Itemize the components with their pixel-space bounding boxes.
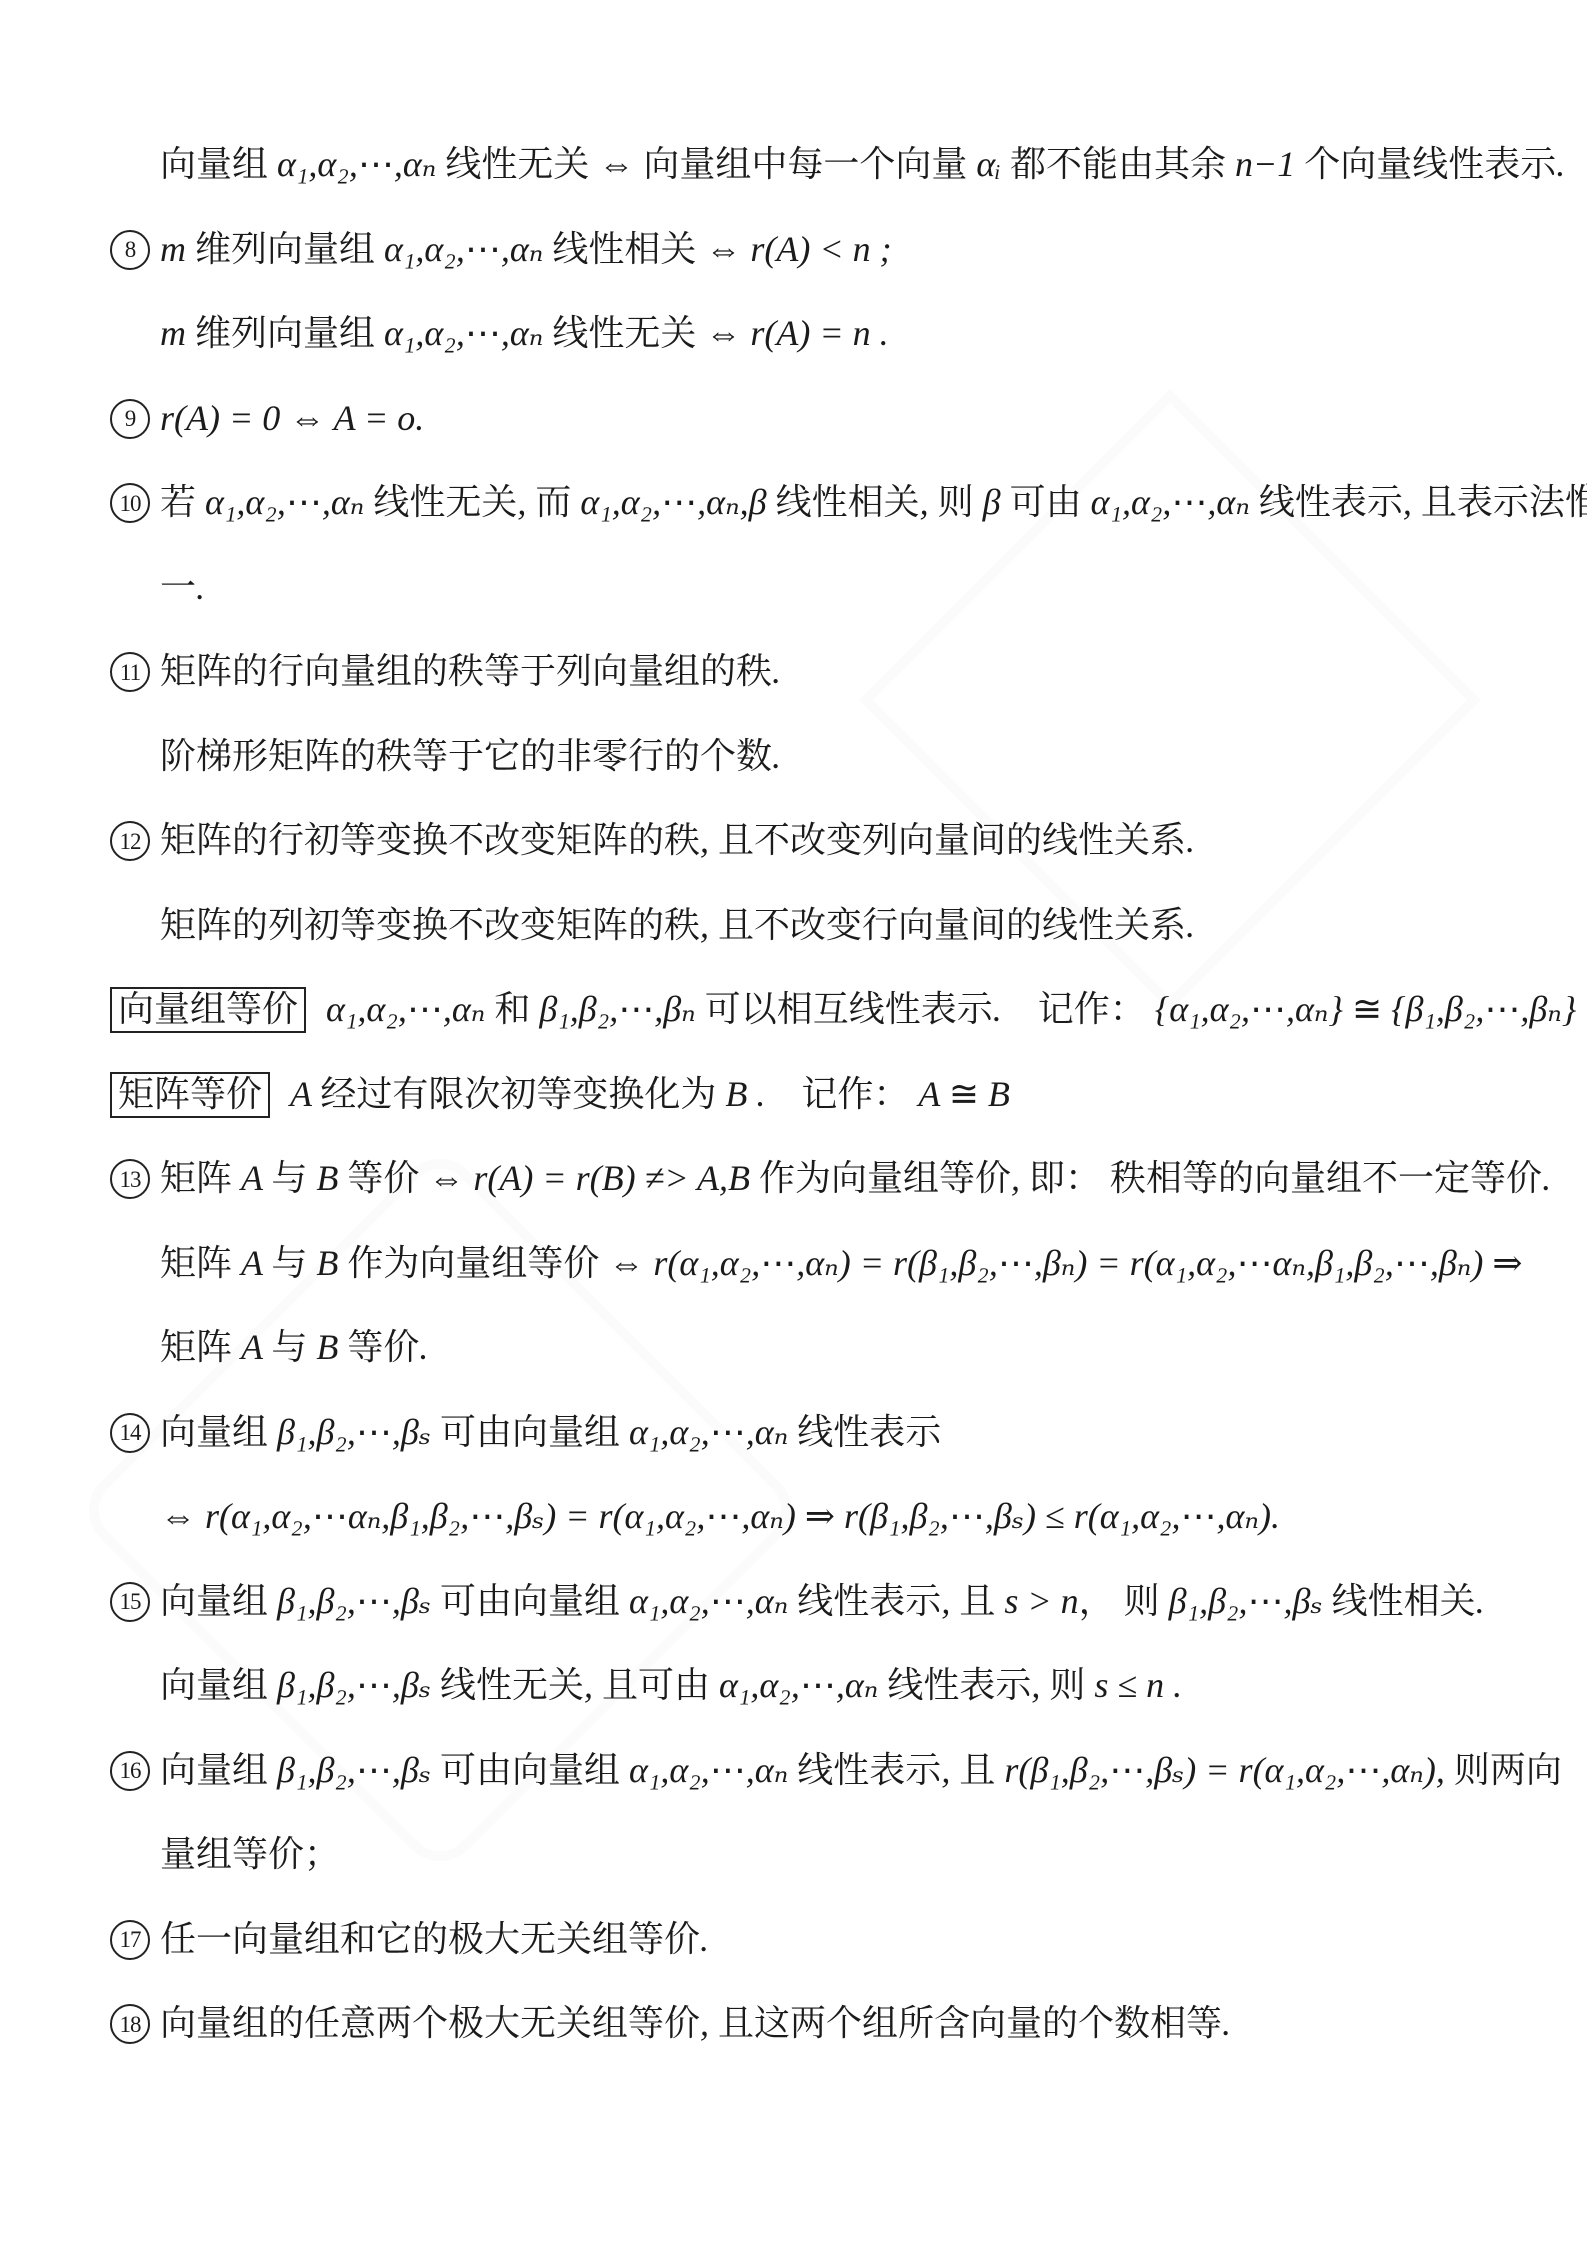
- statement-line: 9r(A) = 0 ⇔ A = o.: [160, 377, 1547, 462]
- circled-number: 16: [110, 1751, 150, 1791]
- cjk-text-run: 矩阵的行向量组的秩等于列向量组的秩: [160, 651, 772, 691]
- math-text-run: β: [983, 482, 1010, 522]
- cjk-text-run: 线性相关: [1332, 1581, 1476, 1621]
- math-text-run: A ≅ B: [918, 1074, 1010, 1114]
- statement-line: 矩阵 A 与 B 等价.: [160, 1306, 1547, 1391]
- statement-text: α₁,α₂,⋯,αₙ 和 β₁,β₂,⋯,βₙ 可以相互线性表示. 记作： {α…: [326, 990, 1576, 1030]
- statement-line: 8m 维列向量组 α₁,α₂,⋯,αₙ 线性相关 ⇔ r(A) < n ;: [160, 208, 1547, 293]
- math-text-run: B: [316, 1243, 347, 1283]
- math-text-run: A: [241, 1158, 271, 1198]
- math-text-run: α₁,α₂,⋯,αₙ: [719, 1665, 887, 1705]
- math-text-run: β₁,β₂,⋯,βₙ: [539, 989, 704, 1029]
- cjk-text-run: 线性无关: [552, 313, 705, 353]
- boxed-term-label: 向量组等价: [110, 987, 306, 1033]
- circled-number: 17: [110, 1920, 150, 1960]
- cjk-text-run: 与: [271, 1327, 316, 1367]
- circled-number: 15: [110, 1582, 150, 1622]
- cjk-text-run: 线性无关: [373, 482, 517, 522]
- math-text-run: .: [1476, 1581, 1485, 1621]
- statement-text: 若 α₁,α₂,⋯,αₙ 线性无关, 而 α₁,α₂,⋯,αₙ,β 线性相关, …: [160, 483, 1587, 523]
- boxed-term-label: 矩阵等价: [110, 1072, 270, 1118]
- cjk-text-run: 可以相互线性表示: [705, 989, 993, 1029]
- circled-number: 11: [110, 652, 150, 692]
- circled-number: 9: [110, 399, 150, 439]
- math-text-run: ⇔ r(A) = r(B) ≠> A,B: [428, 1158, 759, 1198]
- statement-line: 向量组 β₁,β₂,⋯,βₛ 线性无关, 且可由 α₁,α₂,⋯,αₙ 线性表示…: [160, 1644, 1547, 1729]
- cjk-text-run: 矩阵: [160, 1327, 241, 1367]
- cjk-text-run: 个向量线性表示: [1304, 144, 1556, 184]
- statement-line: 14向量组 β₁,β₂,⋯,βₛ 可由向量组 α₁,α₂,⋯,αₙ 线性表示: [160, 1391, 1547, 1476]
- cjk-text-run: 矩阵: [160, 1243, 241, 1283]
- cjk-text-run: 矩阵的行初等变换不改变矩阵的秩: [160, 820, 700, 860]
- cjk-text-run: 向量组: [160, 1412, 277, 1452]
- statement-line: 16向量组 β₁,β₂,⋯,βₛ 可由向量组 α₁,α₂,⋯,αₙ 线性表示, …: [160, 1729, 1547, 1814]
- cjk-text-run: 向量组: [160, 1665, 277, 1705]
- statement-text: 向量组的任意两个极大无关组等价, 且这两个组所含向量的个数相等.: [160, 2004, 1231, 2044]
- statement-line: 量组等价；: [160, 1813, 1547, 1898]
- math-text-run: n−1: [1235, 144, 1304, 184]
- cjk-text-run: 可由向量组: [440, 1750, 629, 1790]
- statement-text: ⇔ r(α₁,α₂,⋯αₙ,β₁,β₂,⋯,βₛ) = r(α₁,α₂,⋯,αₙ…: [160, 1497, 1280, 1537]
- statement-line: 阶梯形矩阵的秩等于它的非零行的个数.: [160, 715, 1547, 800]
- statement-text: 矩阵的行初等变换不改变矩阵的秩, 且不改变列向量间的线性关系.: [160, 821, 1195, 861]
- cjk-text-run: 且这两个组所含向量的个数相等: [718, 2003, 1222, 2043]
- cjk-text-run: 向量组: [160, 144, 277, 184]
- math-text-run: .: [1186, 820, 1195, 860]
- statement-line: 10若 α₁,α₂,⋯,αₙ 线性无关, 而 α₁,α₂,⋯,αₙ,β 线性相关…: [160, 461, 1547, 546]
- cjk-text-run: 即： 秩相等的向量组不一定等价: [1029, 1158, 1542, 1198]
- math-text-run: α₁,α₂,⋯,αₙ: [205, 482, 373, 522]
- statement-line: 13矩阵 A 与 B 等价 ⇔ r(A) = r(B) ≠> A,B 作为向量组…: [160, 1137, 1547, 1222]
- math-text-run: β₁,β₂,⋯,βₛ: [277, 1665, 440, 1705]
- cjk-text-run: 等价: [347, 1327, 419, 1367]
- statement-line: 矩阵的列初等变换不改变矩阵的秩, 且不改变行向量间的线性关系.: [160, 884, 1547, 969]
- math-text-run: r(A) = 0 ⇔ A = o.: [160, 398, 424, 438]
- math-text-run: ,: [584, 1665, 602, 1705]
- cjk-text-run: 等价: [347, 1158, 428, 1198]
- math-text-run: α₁,α₂,⋯,αₙ: [384, 229, 552, 269]
- cjk-text-run: 维列向量组: [195, 313, 384, 353]
- math-text-run: m: [160, 229, 195, 269]
- math-text-run: α₁,α₂,⋯,αₙ,β: [580, 482, 775, 522]
- statement-text: 矩阵 A 与 B 等价 ⇔ r(A) = r(B) ≠> A,B 作为向量组等价…: [160, 1159, 1551, 1199]
- math-text-run: A: [290, 1074, 320, 1114]
- math-text-run: .: [1186, 905, 1195, 945]
- cjk-text-run: 线性相关: [776, 482, 920, 522]
- statement-line: 12矩阵的行初等变换不改变矩阵的秩, 且不改变列向量间的线性关系.: [160, 799, 1547, 884]
- math-text-run: αᵢ: [976, 144, 1010, 184]
- math-text-run: A: [241, 1243, 271, 1283]
- statement-line: 一.: [160, 546, 1547, 631]
- math-text-run: ,: [941, 1750, 959, 1790]
- cjk-text-run: 且: [959, 1750, 1004, 1790]
- statement-text: 矩阵的行向量组的秩等于列向量组的秩.: [160, 652, 781, 692]
- math-text-run: ,: [1403, 482, 1421, 522]
- statement-text: 向量组 β₁,β₂,⋯,βₛ 可由向量组 α₁,α₂,⋯,αₙ 线性表示, 且 …: [160, 1582, 1485, 1622]
- math-text-run: m: [160, 313, 195, 353]
- cjk-text-run: 量组等价；: [160, 1834, 340, 1874]
- cjk-text-run: 可由: [1010, 482, 1091, 522]
- math-text-run: .: [196, 567, 205, 607]
- math-text-run: ⇔ r(A) < n ;: [705, 229, 891, 269]
- statement-text: m 维列向量组 α₁,α₂,⋯,αₙ 线性相关 ⇔ r(A) < n ;: [160, 230, 892, 270]
- cjk-text-run: 阶梯形矩阵的秩等于它的非零行的个数: [160, 736, 772, 776]
- math-text-run: α₁,α₂,⋯,αₙ: [326, 989, 494, 1029]
- circled-number: 12: [110, 821, 150, 861]
- statement-text: 任一向量组和它的极大无关组等价.: [160, 1920, 709, 1960]
- cjk-text-run: 线性相关: [552, 229, 705, 269]
- statement-line: 17任一向量组和它的极大无关组等价.: [160, 1898, 1547, 1983]
- cjk-text-run: 一: [160, 567, 196, 607]
- document-page: 向量组 α₁,α₂,⋯,αₙ 线性无关 ⇔ 向量组中每一个向量 αᵢ 都不能由其…: [0, 0, 1587, 2245]
- statement-line: 矩阵 A 与 B 作为向量组等价 ⇔ r(α₁,α₂,⋯,αₙ) = r(β₁,…: [160, 1222, 1547, 1307]
- math-text-run: ,: [1011, 1158, 1029, 1198]
- statement-text: 向量组 α₁,α₂,⋯,αₙ 线性无关 ⇔ 向量组中每一个向量 αᵢ 都不能由其…: [160, 145, 1565, 185]
- math-text-run: α₁,α₂,⋯,αₙ: [629, 1581, 797, 1621]
- cjk-text-run: 线性表示: [797, 1581, 941, 1621]
- math-text-run: B .: [725, 1074, 801, 1114]
- statement-text: 阶梯形矩阵的秩等于它的非零行的个数.: [160, 737, 781, 777]
- statement-line: 向量组等价α₁,α₂,⋯,αₙ 和 β₁,β₂,⋯,βₙ 可以相互线性表示. 记…: [160, 968, 1547, 1053]
- cjk-text-run: 可由向量组: [440, 1581, 629, 1621]
- math-text-run: ⇔: [598, 144, 643, 184]
- math-text-run: .: [1222, 2003, 1231, 2043]
- circled-number: 10: [110, 483, 150, 523]
- cjk-text-run: 且: [959, 1581, 1004, 1621]
- statement-text: 量组等价；: [160, 1835, 340, 1875]
- cjk-text-run: 线性表示: [797, 1412, 941, 1452]
- statement-line: 15向量组 β₁,β₂,⋯,βₛ 可由向量组 α₁,α₂,⋯,αₙ 线性表示, …: [160, 1560, 1547, 1645]
- cjk-text-run: 则两向: [1454, 1750, 1562, 1790]
- cjk-text-run: 向量组: [160, 1581, 277, 1621]
- math-text-run: ⇔ r(A) = n .: [705, 313, 888, 353]
- cjk-text-run: 任一向量组和它的极大无关组等价: [160, 1919, 700, 1959]
- math-text-run: ⇔ r(α₁,α₂,⋯,αₙ) = r(β₁,β₂,⋯,βₙ) = r(α₁,α…: [608, 1243, 1522, 1283]
- circled-number: 13: [110, 1159, 150, 1199]
- cjk-text-run: 经过有限次初等变换化为: [320, 1074, 725, 1114]
- math-text-run: s > n: [1004, 1581, 1078, 1621]
- statement-text: A 经过有限次初等变换化为 B . 记作： A ≅ B: [290, 1075, 1010, 1115]
- math-text-run: .: [700, 1919, 709, 1959]
- math-text-run: ,: [941, 1581, 959, 1621]
- cjk-text-run: 向量组: [160, 1750, 277, 1790]
- statement-text: 向量组 β₁,β₂,⋯,βₛ 可由向量组 α₁,α₂,⋯,αₙ 线性表示, 且 …: [160, 1751, 1562, 1791]
- cjk-text-run: 而: [535, 482, 580, 522]
- statement-text: 矩阵 A 与 B 作为向量组等价 ⇔ r(α₁,α₂,⋯,αₙ) = r(β₁,…: [160, 1244, 1523, 1284]
- cjk-text-run: 线性表示: [1259, 482, 1403, 522]
- cjk-text-run: 与: [271, 1158, 316, 1198]
- statement-line: 18向量组的任意两个极大无关组等价, 且这两个组所含向量的个数相等.: [160, 1982, 1547, 2067]
- cjk-text-run: 作为向量组等价: [347, 1243, 608, 1283]
- statement-text: 一.: [160, 568, 205, 608]
- math-text-run: α₁,α₂,⋯,αₙ: [384, 313, 552, 353]
- math-text-run: α₁,α₂,⋯,αₙ: [629, 1412, 797, 1452]
- statement-line: m 维列向量组 α₁,α₂,⋯,αₙ 线性无关 ⇔ r(A) = n .: [160, 292, 1547, 377]
- statement-text: 向量组 β₁,β₂,⋯,βₛ 线性无关, 且可由 α₁,α₂,⋯,αₙ 线性表示…: [160, 1666, 1182, 1706]
- cjk-text-run: 线性无关: [445, 144, 598, 184]
- statement-line: 矩阵等价A 经过有限次初等变换化为 B . 记作： A ≅ B: [160, 1053, 1547, 1138]
- cjk-text-run: 矩阵的列初等变换不改变矩阵的秩: [160, 905, 700, 945]
- math-text-run: .: [419, 1327, 428, 1367]
- cjk-text-run: 且不改变行向量间的线性关系: [718, 905, 1186, 945]
- cjk-text-run: 维列向量组: [195, 229, 384, 269]
- cjk-text-run: 则: [938, 482, 983, 522]
- math-text-run: {α₁,α₂,⋯,αₙ} ≅ {β₁,β₂,⋯,βₙ}: [1155, 989, 1576, 1029]
- statement-text: 矩阵的列初等变换不改变矩阵的秩, 且不改变行向量间的线性关系.: [160, 906, 1195, 946]
- math-text-run: ,: [1031, 1665, 1049, 1705]
- math-text-run: ⇔ r(α₁,α₂,⋯αₙ,β₁,β₂,⋯,βₛ) = r(α₁,α₂,⋯,αₙ…: [160, 1496, 1280, 1536]
- cjk-text-run: 记作：: [801, 1074, 918, 1114]
- math-text-run: .: [993, 989, 1038, 1029]
- cjk-text-run: 与: [271, 1243, 316, 1283]
- statement-line: ⇔ r(α₁,α₂,⋯αₙ,β₁,β₂,⋯,βₛ) = r(α₁,α₂,⋯,αₙ…: [160, 1475, 1547, 1560]
- cjk-text-run: 若: [160, 482, 205, 522]
- circled-number: 8: [110, 230, 150, 270]
- circled-number: 18: [110, 2004, 150, 2044]
- cjk-text-run: 且可由: [602, 1665, 719, 1705]
- math-text-run: .: [772, 736, 781, 776]
- math-text-run: α₁,α₂,⋯,αₙ: [1091, 482, 1259, 522]
- math-text-run: .: [772, 651, 781, 691]
- cjk-text-run: 向量组的任意两个极大无关组等价: [160, 2003, 700, 2043]
- cjk-text-run: 作为向量组等价: [759, 1158, 1011, 1198]
- math-text-run: β₁,β₂,⋯,βₛ: [277, 1412, 440, 1452]
- math-text-run: β₁,β₂,⋯,βₛ: [277, 1581, 440, 1621]
- math-text-run: r(β₁,β₂,⋯,βₛ) = r(α₁,α₂,⋯,αₙ),: [1004, 1750, 1454, 1790]
- cjk-text-run: 可由向量组: [440, 1412, 629, 1452]
- statement-text: 向量组 β₁,β₂,⋯,βₛ 可由向量组 α₁,α₂,⋯,αₙ 线性表示: [160, 1413, 941, 1453]
- cjk-text-run: 记作：: [1038, 989, 1155, 1029]
- statement-text: m 维列向量组 α₁,α₂,⋯,αₙ 线性无关 ⇔ r(A) = n .: [160, 314, 889, 354]
- math-text-run: ,: [517, 482, 535, 522]
- cjk-text-run: 矩阵: [160, 1158, 241, 1198]
- statement-line: 向量组 α₁,α₂,⋯,αₙ 线性无关 ⇔ 向量组中每一个向量 αᵢ 都不能由其…: [160, 123, 1547, 208]
- math-text-run: s ≤ n .: [1094, 1665, 1182, 1705]
- cjk-text-run: 线性表示: [797, 1750, 941, 1790]
- cjk-text-run: 向量组中每一个向量: [643, 144, 976, 184]
- math-text-run: B: [316, 1158, 347, 1198]
- notes-content: 向量组 α₁,α₂,⋯,αₙ 线性无关 ⇔ 向量组中每一个向量 αᵢ 都不能由其…: [160, 123, 1547, 2067]
- math-text-run: ,: [700, 905, 718, 945]
- math-text-run: ,: [920, 482, 938, 522]
- cjk-text-run: 线性表示: [887, 1665, 1031, 1705]
- math-text-run: .: [1542, 1158, 1551, 1198]
- math-text-run: A: [241, 1327, 271, 1367]
- math-text-run: ,: [700, 820, 718, 860]
- cjk-text-run: 则: [1049, 1665, 1094, 1705]
- statement-text: r(A) = 0 ⇔ A = o.: [160, 399, 424, 439]
- circled-number: 14: [110, 1413, 150, 1453]
- statement-text: 矩阵 A 与 B 等价.: [160, 1328, 428, 1368]
- cjk-text-run: 都不能由其余: [1010, 144, 1235, 184]
- math-text-run: α₁,α₂,⋯,αₙ: [277, 144, 445, 184]
- math-text-run: β₁,β₂,⋯,βₛ: [1169, 1581, 1332, 1621]
- cjk-text-run: 且表示法惟: [1421, 482, 1587, 522]
- cjk-text-run: 且不改变列向量间的线性关系: [718, 820, 1186, 860]
- math-text-run: ,: [700, 2003, 718, 2043]
- statement-line: 11矩阵的行向量组的秩等于列向量组的秩.: [160, 630, 1547, 715]
- cjk-text-run: 线性无关: [440, 1665, 584, 1705]
- math-text-run: β₁,β₂,⋯,βₛ: [277, 1750, 440, 1790]
- math-text-run: .: [1556, 144, 1565, 184]
- math-text-run: α₁,α₂,⋯,αₙ: [629, 1750, 797, 1790]
- cjk-text-run: ， 则: [1079, 1581, 1169, 1621]
- math-text-run: B: [316, 1327, 347, 1367]
- cjk-text-run: 和: [494, 989, 539, 1029]
